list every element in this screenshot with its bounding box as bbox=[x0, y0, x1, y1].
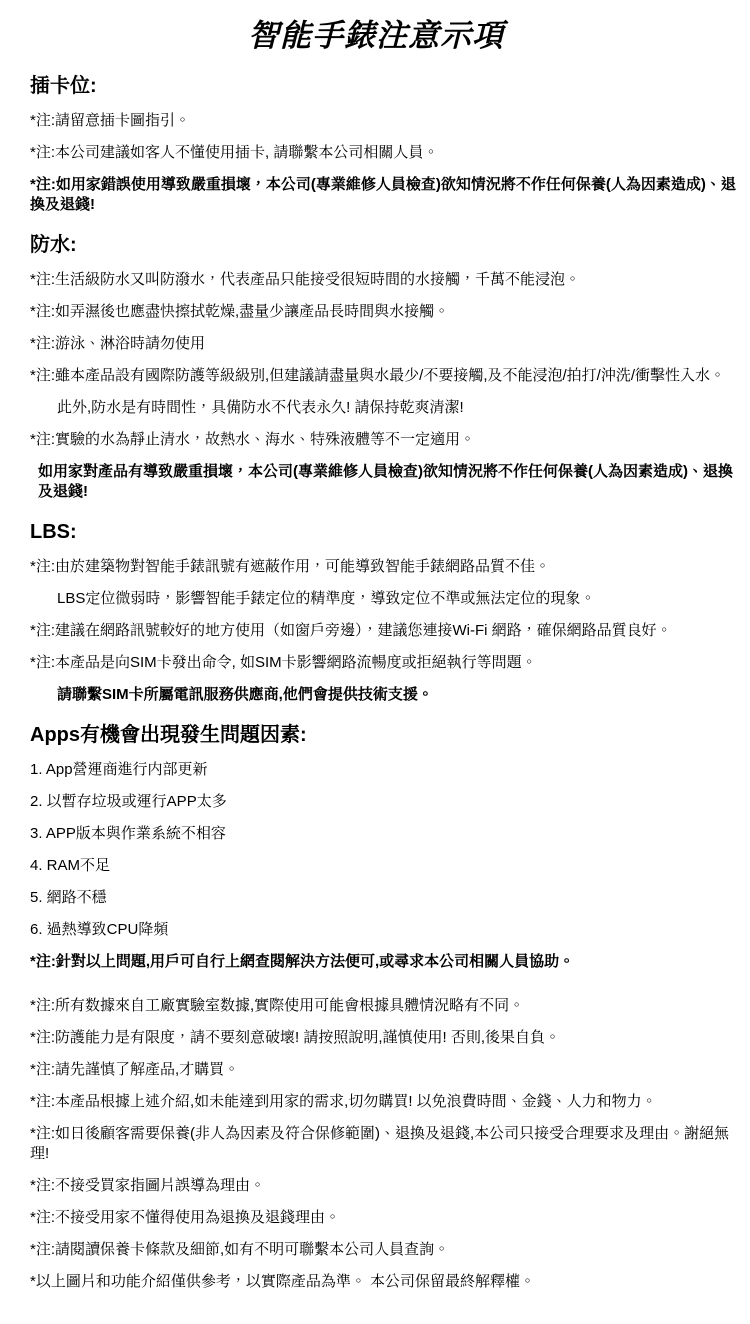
note-line: *注:本產品是向SIM卡發出命令, 如SIM卡影響網路流暢度或拒絕執行等問題。 bbox=[30, 653, 742, 673]
note-line: *注:不接受買家指圖片誤導為理由。 bbox=[30, 1176, 742, 1196]
note-line: *注:請先謹慎了解產品,才購買。 bbox=[30, 1060, 742, 1080]
section-general-notes: *注:所有数據來自工廠實驗室数據,實際使用可能會根據具體情況略有不同。*注:防護… bbox=[30, 996, 742, 1292]
note-line: *注:不接受用家不懂得使用為退換及退錢理由。 bbox=[30, 1208, 742, 1228]
section-heading-waterproof: 防水: bbox=[30, 233, 742, 258]
note-line: *注:由於建築物對智能手錶訊號有遮蔽作用，可能導致智能手錶網路品質不佳。 bbox=[30, 557, 742, 577]
note-line: *注:針對以上問題,用戶可自行上網查閱解決方法便可,或尋求本公司相關人員協助。 bbox=[30, 952, 742, 972]
note-line: *注:本公司建議如客人不懂使用插卡, 請聯繫本公司相關人員。 bbox=[30, 143, 742, 163]
note-line: *注:防護能力是有限度，請不要刻意破壞! 請按照說明,謹慎使用! 否則,後果自負… bbox=[30, 1028, 742, 1048]
note-line: LBS定位微弱時，影響智能手錶定位的精準度，導致定位不準或無法定位的現象。 bbox=[57, 589, 742, 609]
note-line: 請聯繫SIM卡所屬電訊服務供應商,他們會提供技術支援。 bbox=[57, 685, 742, 705]
section-waterproof: 防水:*注:生活級防水又叫防潑水，代表產品只能接受很短時間的水接觸，千萬不能浸泡… bbox=[30, 233, 742, 502]
notice-document: 智能手錶注意示項 插卡位:*注:請留意插卡圖指引。*注:本公司建議如客人不懂使用… bbox=[0, 0, 750, 1324]
note-line: 此外,防水是有時間性，具備防水不代表永久! 請保持乾爽清潔! bbox=[57, 398, 742, 418]
note-line: 5. 網路不穩 bbox=[30, 888, 742, 908]
section-heading-apps: Apps有機會出現發生問題因素: bbox=[30, 723, 742, 748]
note-line: *注:請留意插卡圖指引。 bbox=[30, 111, 742, 131]
note-line: 4. RAM不足 bbox=[30, 856, 742, 876]
note-line: *注:如弄濕後也應盡快擦拭乾燥,盡量少讓產品長時間與水接觸。 bbox=[30, 302, 742, 322]
note-line: *注:所有数據來自工廠實驗室数據,實際使用可能會根據具體情況略有不同。 bbox=[30, 996, 742, 1016]
section-heading-lbs: LBS: bbox=[30, 520, 742, 545]
section-heading-sim-slot: 插卡位: bbox=[30, 74, 742, 99]
note-line: *注:游泳、淋浴時請勿使用 bbox=[30, 334, 742, 354]
page-title: 智能手錶注意示項 bbox=[30, 16, 722, 56]
sections-container: 插卡位:*注:請留意插卡圖指引。*注:本公司建議如客人不懂使用插卡, 請聯繫本公… bbox=[30, 74, 742, 1292]
note-line: *注:雖本產品設有國際防護等級級別,但建議請盡量與水最少/不要接觸,及不能浸泡/… bbox=[30, 366, 742, 386]
note-line: 1. App營運商進行内部更新 bbox=[30, 760, 742, 780]
section-apps: Apps有機會出現發生問題因素:1. App營運商進行内部更新2. 以暫存垃圾或… bbox=[30, 723, 742, 972]
note-line: *注:如日後顧客需要保養(非人為因素及符合保修範圍)、退換及退錢,本公司只接受合… bbox=[30, 1124, 742, 1164]
note-line: *注:實驗的水為靜止清水，故熱水、海水、特殊液體等不一定適用。 bbox=[30, 430, 742, 450]
note-line: 如用家對產品有導致嚴重損壞，本公司(專業維修人員檢查)欲知情況將不作任何保養(人… bbox=[38, 462, 742, 502]
note-line: *注:如用家錯誤使用導致嚴重損壞，本公司(專業維修人員檢查)欲知情況將不作任何保… bbox=[30, 175, 742, 215]
note-line: *注:建議在網路訊號較好的地方使用（如窗戶旁邊），建議您連接Wi-Fi 網路，確… bbox=[30, 621, 742, 641]
note-line: *注:生活級防水又叫防潑水，代表產品只能接受很短時間的水接觸，千萬不能浸泡。 bbox=[30, 270, 742, 290]
note-line: *注:請閱讀保養卡條款及細節,如有不明可聯繫本公司人員查詢。 bbox=[30, 1240, 742, 1260]
note-line: 2. 以暫存垃圾或運行APP太多 bbox=[30, 792, 742, 812]
section-lbs: LBS:*注:由於建築物對智能手錶訊號有遮蔽作用，可能導致智能手錶網路品質不佳。… bbox=[30, 520, 742, 705]
section-sim-slot: 插卡位:*注:請留意插卡圖指引。*注:本公司建議如客人不懂使用插卡, 請聯繫本公… bbox=[30, 74, 742, 215]
note-line: 6. 過熱導致CPU降頻 bbox=[30, 920, 742, 940]
note-line: *以上圖片和功能介紹僅供參考，以實際產品為準。 本公司保留最終解釋權。 bbox=[30, 1272, 742, 1292]
note-line: *注:本產品根據上述介紹,如未能達到用家的需求,切勿購買! 以免浪費時間、金錢、… bbox=[30, 1092, 742, 1112]
note-line: 3. APP版本與作業系統不相容 bbox=[30, 824, 742, 844]
